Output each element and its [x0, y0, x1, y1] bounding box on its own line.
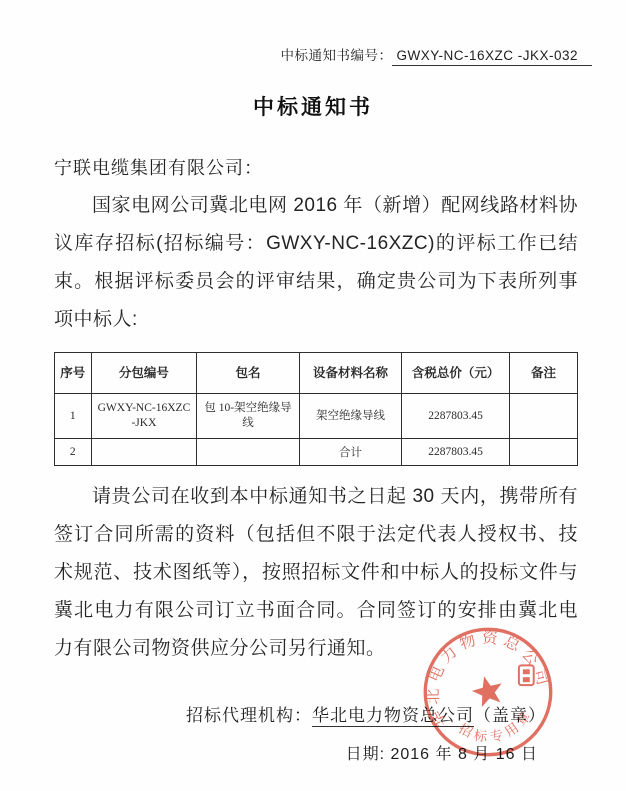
agency-seal-note: （盖章） [474, 706, 546, 725]
doc-number-line: 中标通知书编号：GWXY-NC-16XZC -JKX-032 [0, 0, 626, 64]
document-page: 中标通知书编号：GWXY-NC-16XZC -JKX-032 中标通知书 宁联电… [0, 0, 626, 791]
table-header-row: 序号 分包编号 包名 设备材料名称 含税总价（元） 备注 [55, 353, 578, 394]
cell-package-name: 包 10-架空绝缘导线 [197, 394, 300, 439]
cell-material: 合计 [299, 439, 402, 466]
page-title: 中标通知书 [0, 91, 626, 121]
date-label: 日期: [346, 746, 385, 763]
cell-remarks [509, 394, 577, 439]
col-header-package-name: 包名 [197, 353, 300, 394]
table-row: 2 合计 2287803.45 [55, 439, 578, 466]
paragraph-intro: 国家电网公司冀北电网 2016 年（新增）配网线路材料协议库存招标(招标编号：G… [54, 187, 578, 339]
col-header-package-no: 分包编号 [91, 353, 197, 394]
cell-package-no: GWXY-NC-16XZC -JKX [91, 394, 197, 439]
cell-material: 架空绝缘导线 [299, 394, 402, 439]
paragraph-instructions: 请贵公司在收到本中标通知书之日起 30 天内，携带所有签订合同所需的资料（包括但… [54, 478, 578, 668]
date-value: 2016 年 8 月 16 日 [390, 746, 538, 763]
agency-name: 华北电力物资总公司 [312, 706, 474, 727]
doc-number-label: 中标通知书编号： [280, 48, 392, 63]
award-table: 序号 分包编号 包名 设备材料名称 含税总价（元） 备注 1 GWXY-NC-1… [54, 352, 578, 466]
agency-label: 招标代理机构： [186, 706, 312, 725]
signature-line: 招标代理机构：华北电力物资总公司（盖章） [54, 701, 578, 726]
col-header-material: 设备材料名称 [299, 353, 402, 394]
cell-package-no [91, 439, 197, 466]
cell-package-name [197, 439, 300, 466]
cell-seq: 2 [55, 439, 92, 466]
cell-total-price: 2287803.45 [402, 394, 510, 439]
cell-total-price: 2287803.45 [402, 439, 510, 466]
col-header-total-price: 含税总价（元） [402, 353, 510, 394]
date-line: 日期: 2016 年 8 月 16 日 [54, 741, 578, 764]
document-body: 宁联电缆集团有限公司： 国家电网公司冀北电网 2016 年（新增）配网线路材料协… [0, 154, 626, 764]
cell-remarks [509, 439, 577, 466]
cell-seq: 1 [55, 394, 92, 439]
addressee: 宁联电缆集团有限公司： [54, 154, 578, 180]
doc-number-value: GWXY-NC-16XZC -JKX-032 [392, 48, 592, 66]
col-header-seq: 序号 [55, 353, 92, 394]
table-row: 1 GWXY-NC-16XZC -JKX 包 10-架空绝缘导线 架空绝缘导线 … [55, 394, 578, 439]
col-header-remarks: 备注 [509, 353, 577, 394]
